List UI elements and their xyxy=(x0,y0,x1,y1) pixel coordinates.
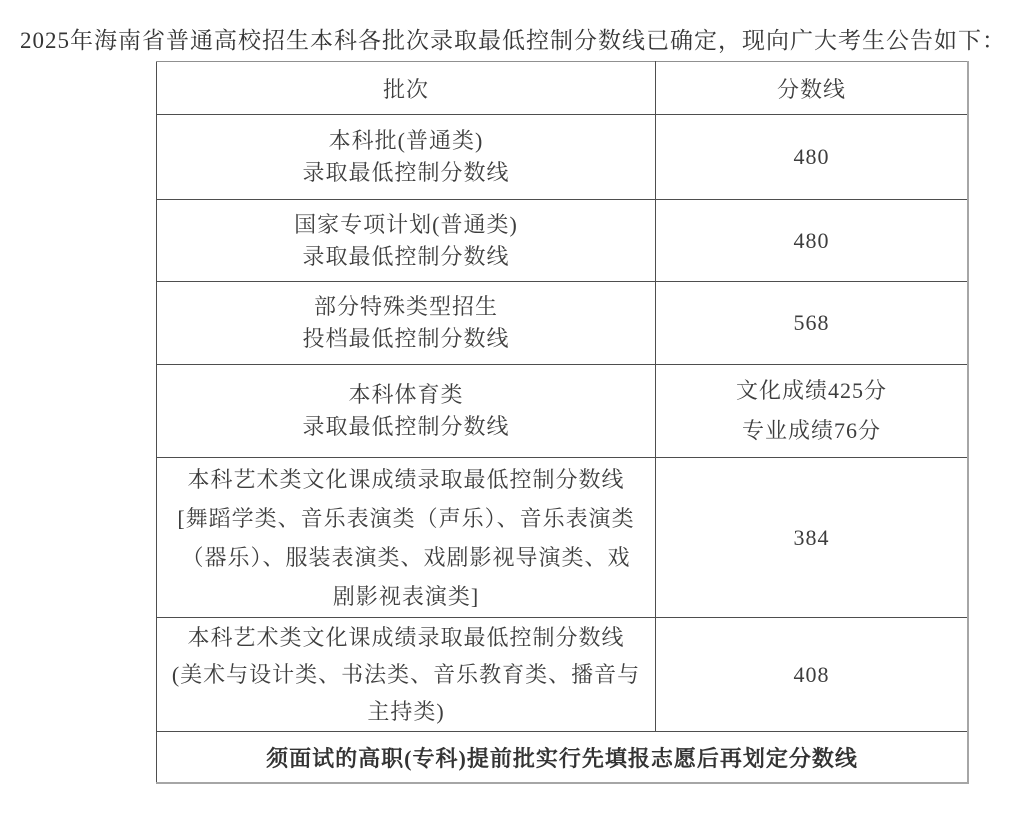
batch-line: 本科艺术类文化课成绩录取最低控制分数线 xyxy=(163,619,649,656)
intro-text: 2025年海南省普通高校招生本科各批次录取最低控制分数线已确定，现向广大考生公告… xyxy=(20,22,1010,55)
header-score-cell: 分数线 xyxy=(656,62,969,115)
score-value: 568 xyxy=(662,303,961,343)
batch-line: 剧影视表演类] xyxy=(163,577,649,616)
score-cell: 480 xyxy=(656,115,969,200)
score-value: 408 xyxy=(662,655,961,695)
score-value: 文化成绩425分 xyxy=(662,371,961,411)
table-row-yishu-384: 本科艺术类文化课成绩录取最低控制分数线 [舞蹈学类、音乐表演类（声乐）、音乐表演… xyxy=(157,458,969,618)
batch-line: 录取最低控制分数线 xyxy=(163,157,649,189)
batch-line: 主持类) xyxy=(163,693,649,730)
table-row-teshu-leixing: 部分特殊类型招生 投档最低控制分数线 568 xyxy=(157,282,969,365)
table-row-guojia-zhuanxiang: 国家专项计划(普通类) 录取最低控制分数线 480 xyxy=(157,200,969,282)
batch-cell: 本科艺术类文化课成绩录取最低控制分数线 (美术与设计类、书法类、音乐教育类、播音… xyxy=(157,618,656,732)
batch-line: 录取最低控制分数线 xyxy=(163,411,649,443)
batch-line: 投档最低控制分数线 xyxy=(163,323,649,355)
table-row-yishu-408: 本科艺术类文化课成绩录取最低控制分数线 (美术与设计类、书法类、音乐教育类、播音… xyxy=(157,618,969,732)
batch-cell: 本科艺术类文化课成绩录取最低控制分数线 [舞蹈学类、音乐表演类（声乐）、音乐表演… xyxy=(157,458,656,618)
score-cell: 文化成绩425分 专业成绩76分 xyxy=(656,365,969,458)
score-value: 480 xyxy=(662,221,961,261)
table-header-row: 批次 分数线 xyxy=(157,62,969,115)
scores-table: 批次 分数线 本科批(普通类) 录取最低控制分数线 480 国家专项计划(普通类… xyxy=(156,61,969,784)
batch-cell: 部分特殊类型招生 投档最低控制分数线 xyxy=(157,282,656,365)
batch-line: 本科批(普通类) xyxy=(163,125,649,157)
table-row-benkepi: 本科批(普通类) 录取最低控制分数线 480 xyxy=(157,115,969,200)
notice-page: 2025年海南省普通高校招生本科各批次录取最低控制分数线已确定，现向广大考生公告… xyxy=(0,0,1024,815)
batch-line: 本科艺术类文化课成绩录取最低控制分数线 xyxy=(163,460,649,499)
batch-line: [舞蹈学类、音乐表演类（声乐）、音乐表演类 xyxy=(163,499,649,538)
batch-line: 录取最低控制分数线 xyxy=(163,241,649,273)
header-batch-cell: 批次 xyxy=(157,62,656,115)
score-cell: 568 xyxy=(656,282,969,365)
footer-note: 须面试的高职(专科)提前批实行先填报志愿后再划定分数线 xyxy=(157,732,969,784)
score-value: 480 xyxy=(662,137,961,177)
batch-line: （器乐）、服装表演类、戏剧影视导演类、戏 xyxy=(163,538,649,577)
score-cell: 384 xyxy=(656,458,969,618)
batch-line: 国家专项计划(普通类) xyxy=(163,209,649,241)
score-value: 专业成绩76分 xyxy=(662,411,961,451)
table-footer-row: 须面试的高职(专科)提前批实行先填报志愿后再划定分数线 xyxy=(157,732,969,784)
batch-line: 本科体育类 xyxy=(163,379,649,411)
batch-cell: 本科批(普通类) 录取最低控制分数线 xyxy=(157,115,656,200)
score-value: 384 xyxy=(662,518,961,558)
batch-cell: 国家专项计划(普通类) 录取最低控制分数线 xyxy=(157,200,656,282)
batch-line: (美术与设计类、书法类、音乐教育类、播音与 xyxy=(163,656,649,693)
score-cell: 480 xyxy=(656,200,969,282)
table-row-tiyu: 本科体育类 录取最低控制分数线 文化成绩425分 专业成绩76分 xyxy=(157,365,969,458)
batch-line: 部分特殊类型招生 xyxy=(163,291,649,323)
score-cell: 408 xyxy=(656,618,969,732)
batch-cell: 本科体育类 录取最低控制分数线 xyxy=(157,365,656,458)
